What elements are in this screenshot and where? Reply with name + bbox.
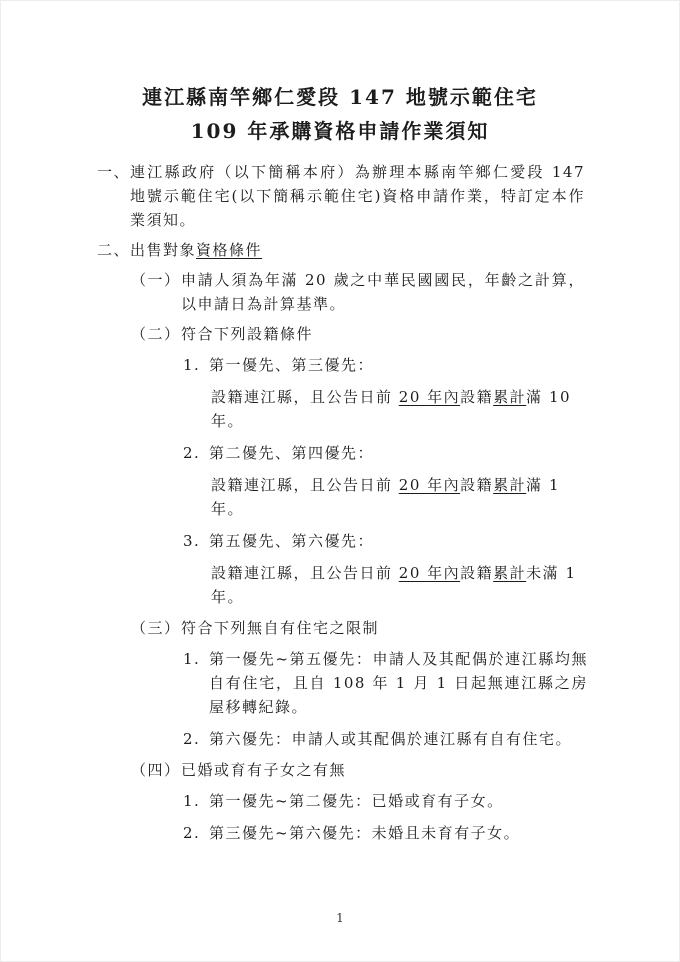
item-2-2-sub-1: 1. 第一優先、第三優先：	[183, 353, 588, 377]
document-page: 連江縣南竿鄉仁愛段 147 地號示範住宅 109 年承購資格申請作業須知 一、 …	[0, 0, 680, 962]
item-2-4-marker: （四）	[131, 758, 181, 782]
item-2-4-title: 已婚或育有子女之有無	[181, 758, 585, 782]
item-2-2: （二） 符合下列設籍條件	[131, 322, 585, 346]
item-2-3-marker: （三）	[131, 616, 181, 640]
underlined-term: 累計	[493, 476, 526, 494]
page-number: 1	[0, 906, 680, 930]
section-1-text: 連江縣政府（以下簡稱本府）為辦理本縣南竿鄉仁愛段 147 地號示範住宅(以下簡稱…	[130, 160, 585, 232]
section-2-heading: 二、 出售對象資格條件	[97, 238, 585, 262]
item-2-2-sub-2-title: 第二優先、第四優先：	[209, 441, 588, 465]
item-2-3: （三） 符合下列無自有住宅之限制	[131, 616, 585, 640]
item-2-4-sub-2-marker: 2.	[183, 821, 209, 845]
item-2-3-title: 符合下列無自有住宅之限制	[181, 616, 585, 640]
item-2-2-marker: （二）	[131, 322, 181, 346]
underlined-term: 20 年內	[399, 476, 460, 494]
item-2-3-sub-2: 2. 第六優先：申請人或其配偶於連江縣有自有住宅。	[183, 727, 588, 751]
item-2-3-sub-1-text: 第一優先~第五優先：申請人及其配偶於連江縣均無自有住宅，且自 108 年 1 月…	[209, 647, 588, 719]
item-2-2-sub-2-detail: 設籍連江縣，且公告日前 20 年內設籍累計滿 1 年。	[211, 473, 592, 521]
item-2-1-marker: （一）	[131, 268, 181, 316]
item-2-3-sub-2-marker: 2.	[183, 727, 209, 751]
item-2-2-sub-1-title: 第一優先、第三優先：	[209, 353, 588, 377]
detail-text: 設籍連江縣，且公告日前	[211, 564, 399, 582]
item-2-3-sub-2-text: 第六優先：申請人或其配偶於連江縣有自有住宅。	[209, 727, 588, 751]
item-2-2-sub-2: 2. 第二優先、第四優先：	[183, 441, 588, 465]
document-title-line2: 109 年承購資格申請作業須知	[0, 114, 680, 148]
item-2-2-sub-3-detail: 設籍連江縣，且公告日前 20 年內設籍累計未滿 1 年。	[211, 561, 592, 609]
item-2-4-sub-2: 2. 第三優先~第六優先：未婚且未育有子女。	[183, 821, 588, 845]
item-2-2-sub-3: 3. 第五優先、第六優先：	[183, 529, 588, 553]
item-2-4-sub-1: 1. 第一優先~第二優先：已婚或育有子女。	[183, 789, 588, 813]
item-2-2-title: 符合下列設籍條件	[181, 322, 585, 346]
item-2-2-sub-1-marker: 1.	[183, 353, 209, 377]
detail-text: 設籍	[460, 476, 493, 494]
section-1-marker: 一、	[97, 160, 130, 232]
section-2-title: 出售對象資格條件	[130, 238, 585, 262]
item-2-4-sub-1-text: 第一優先~第二優先：已婚或育有子女。	[209, 789, 588, 813]
underlined-term: 累計	[493, 564, 526, 582]
section-2-title-plain: 出售對象	[130, 241, 196, 259]
section-2-marker: 二、	[97, 238, 130, 262]
detail-text: 設籍	[460, 564, 493, 582]
section-2-title-underlined: 資格條件	[196, 241, 262, 259]
item-2-1: （一） 申請人須為年滿 20 歲之中華民國國民，年齡之計算，以申請日為計算基準。	[131, 268, 585, 316]
item-2-4-sub-1-marker: 1.	[183, 789, 209, 813]
detail-text: 設籍連江縣，且公告日前	[211, 388, 399, 406]
item-2-1-text: 申請人須為年滿 20 歲之中華民國國民，年齡之計算，以申請日為計算基準。	[181, 268, 585, 316]
item-2-3-sub-1: 1. 第一優先~第五優先：申請人及其配偶於連江縣均無自有住宅，且自 108 年 …	[183, 647, 588, 719]
item-2-3-sub-1-marker: 1.	[183, 647, 209, 719]
item-2-2-sub-3-marker: 3.	[183, 529, 209, 553]
underlined-term: 20 年內	[399, 388, 460, 406]
detail-text: 設籍連江縣，且公告日前	[211, 476, 399, 494]
item-2-2-sub-2-marker: 2.	[183, 441, 209, 465]
item-2-4: （四） 已婚或育有子女之有無	[131, 758, 585, 782]
underlined-term: 20 年內	[399, 564, 460, 582]
document-title-line1: 連江縣南竿鄉仁愛段 147 地號示範住宅	[0, 80, 680, 114]
section-1: 一、 連江縣政府（以下簡稱本府）為辦理本縣南竿鄉仁愛段 147 地號示範住宅(以…	[97, 160, 585, 232]
detail-text: 設籍	[460, 388, 493, 406]
item-2-2-sub-3-title: 第五優先、第六優先：	[209, 529, 588, 553]
item-2-2-sub-1-detail: 設籍連江縣，且公告日前 20 年內設籍累計滿 10 年。	[211, 385, 592, 433]
item-2-4-sub-2-text: 第三優先~第六優先：未婚且未育有子女。	[209, 821, 588, 845]
underlined-term: 累計	[493, 388, 526, 406]
